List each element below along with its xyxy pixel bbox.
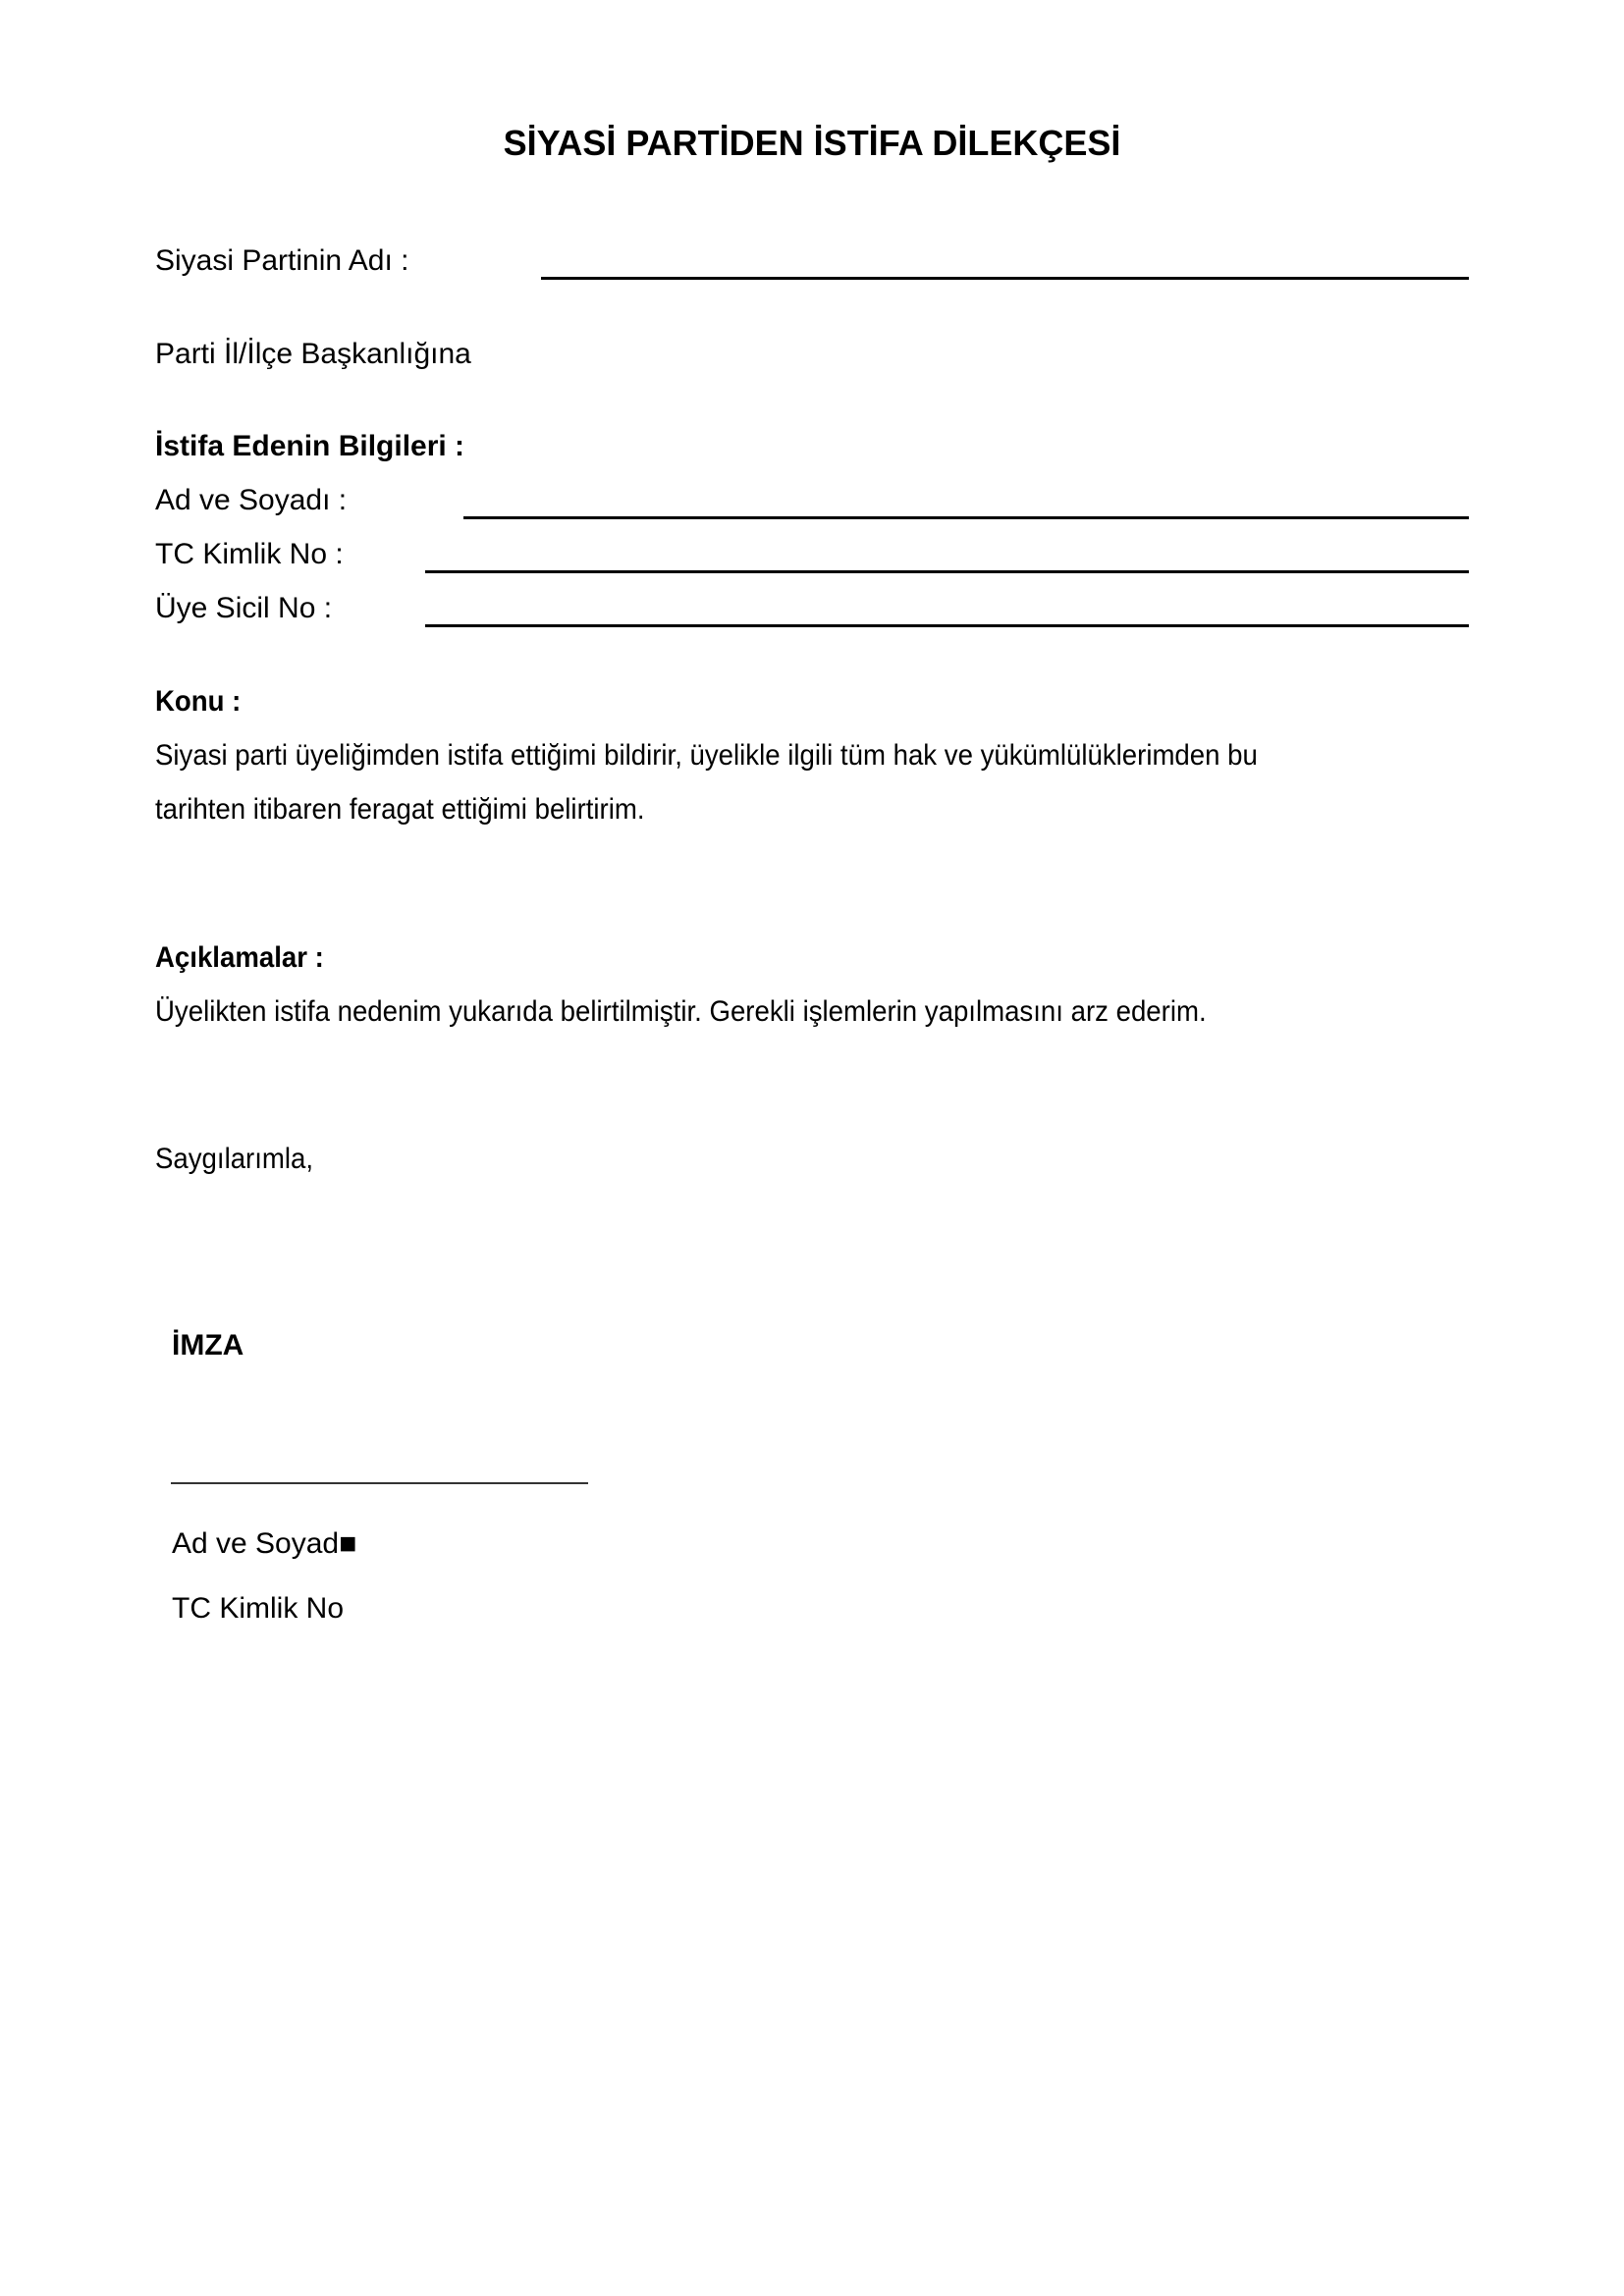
explanations-heading: Açıklamalar :: [155, 940, 324, 976]
applicant-section-heading: İstifa Edenin Bilgileri :: [155, 429, 464, 464]
addressee: Parti İl/İlçe Başkanlığına: [155, 337, 471, 372]
tc-id-label: TC Kimlik No :: [155, 537, 344, 572]
signature-name-label: Ad ve Soyad■: [172, 1526, 356, 1562]
document-title: SİYASİ PARTİDEN İSTİFA DİLEKÇESİ: [0, 122, 1624, 165]
fullname-label: Ad ve Soyadı :: [155, 483, 347, 518]
subject-line-1: Siyasi parti üyeliğimden istifa ettiğimi…: [155, 738, 1258, 774]
fullname-field[interactable]: [463, 516, 1469, 519]
signature-heading: İMZA: [172, 1328, 244, 1363]
closing-text: Saygılarımla,: [155, 1142, 313, 1177]
tc-id-field[interactable]: [425, 570, 1469, 573]
signature-line[interactable]: [171, 1482, 588, 1484]
party-name-field[interactable]: [541, 277, 1469, 280]
signature-id-label: TC Kimlik No: [172, 1591, 344, 1627]
party-name-label: Siyasi Partinin Adı :: [155, 243, 408, 279]
member-registry-label: Üye Sicil No :: [155, 591, 332, 626]
subject-heading: Konu :: [155, 684, 241, 720]
explanations-text: Üyelikten istifa nedenim yukarıda belirt…: [155, 994, 1207, 1030]
subject-line-2: tarihten itibaren feragat ettiğimi belir…: [155, 792, 645, 828]
member-registry-field[interactable]: [425, 624, 1469, 627]
